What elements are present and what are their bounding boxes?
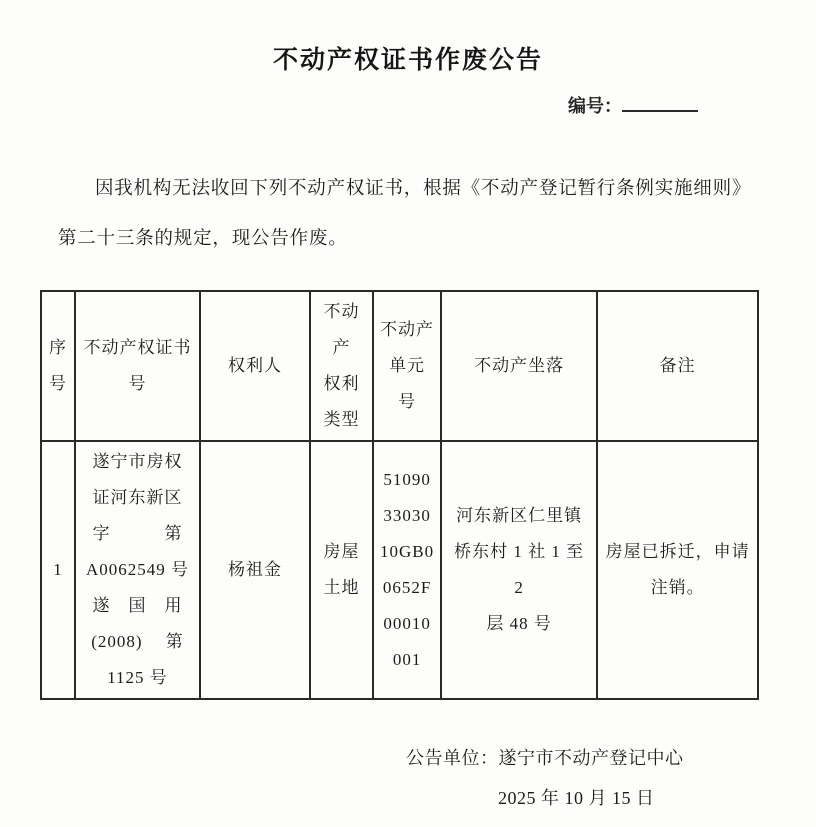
cell-unit-no: 51090 33030 10GB0 0652F 00010 001 — [373, 441, 441, 699]
col-header-serial: 序 号 — [41, 291, 75, 441]
document-number-line: 编号： — [0, 92, 816, 118]
cell-location: 河东新区仁里镇 桥东村 1 社 1 至 2 层 48 号 — [441, 441, 597, 699]
col-header-cert-no: 不动产权证书 号 — [75, 291, 200, 441]
cell-serial: 1 — [41, 441, 75, 699]
table-row: 1 遂宁市房权 证河东新区 字 第 A0062549 号 遂 国 用 (2008… — [41, 441, 758, 699]
col-header-note: 备注 — [597, 291, 758, 441]
cell-right-type: 房屋 土地 — [310, 441, 373, 699]
certificates-table: 序 号 不动产权证书 号 权利人 不动产 权利 类型 不动产 单元 号 不动产坐… — [40, 290, 759, 700]
col-header-owner: 权利人 — [200, 291, 310, 441]
date-line: 2025 年 10 月 15 日 — [498, 784, 706, 810]
col-header-right-type: 不动产 权利 类型 — [310, 291, 373, 441]
cell-owner: 杨祖金 — [200, 441, 310, 699]
document-title: 不动产权证书作废公告 — [0, 0, 816, 76]
document-footer: 公告单位：遂宁市不动产登记中心 2025 年 10 月 15 日 — [406, 744, 706, 810]
col-header-location: 不动产坐落 — [441, 291, 597, 441]
notice-body-paragraph: 因我机构无法收回下列不动产权证书，根据《不动产登记暂行条例实施细则》第二十三条的… — [58, 164, 746, 264]
number-label: 编号： — [568, 96, 622, 116]
cell-cert-no: 遂宁市房权 证河东新区 字 第 A0062549 号 遂 国 用 (2008) … — [75, 441, 200, 699]
col-header-unit-no: 不动产 单元 号 — [373, 291, 441, 441]
table-header-row: 序 号 不动产权证书 号 权利人 不动产 权利 类型 不动产 单元 号 不动产坐… — [41, 291, 758, 441]
document-page: 不动产权证书作废公告 编号： 因我机构无法收回下列不动产权证书，根据《不动产登记… — [0, 0, 816, 827]
issuer-line: 公告单位：遂宁市不动产登记中心 — [406, 744, 706, 770]
cell-note: 房屋已拆迁，申请 注销。 — [597, 441, 758, 699]
number-blank-underline — [622, 96, 698, 112]
